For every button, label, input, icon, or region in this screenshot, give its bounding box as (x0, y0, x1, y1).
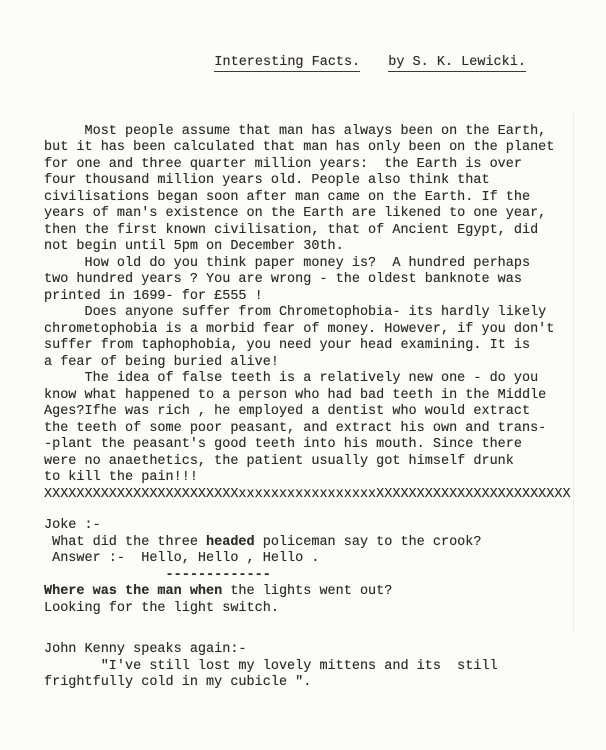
paragraph-earth-age: Most people assume that man has always b… (44, 124, 578, 256)
joke-question-pre: What did the three (44, 535, 206, 550)
document-header: Interesting Facts.by S. K. Lewicki. (182, 38, 578, 88)
joke-answer: Answer :- Hello, Hello , Hello . (44, 551, 578, 568)
x-row-divider: XXXXXXXXXXXXXXXXXXXXXXXXxxxxxxxxxxxxxxxx… (44, 487, 578, 504)
document-body: Most people assume that man has always b… (44, 124, 578, 504)
joke-question-post: policeman say to the crook? (255, 535, 482, 550)
paragraph-false-teeth: The idea of false teeth is a relatively … (44, 371, 578, 487)
riddle-answer: Looking for the light switch. (44, 601, 578, 618)
byline: by S. K. Lewicki. (388, 55, 526, 72)
riddle-question: Where was the man when the lights went o… (44, 584, 578, 601)
joke-section: Joke :- What did the three headed police… (44, 518, 578, 617)
paragraph-phobias: Does anyone suffer from Chrometophobia- … (44, 305, 578, 371)
dashed-separator: ------------- (44, 568, 578, 585)
riddle-question-rest: the lights went out? (222, 584, 392, 599)
joke-heading: Joke :- (44, 518, 578, 535)
scan-artifact-line (573, 110, 574, 630)
riddle-question-bold: Where was the man when (44, 584, 222, 599)
kenny-intro: John Kenny speaks again:- (44, 642, 578, 659)
paragraph-paper-money: How old do you think paper money is? A h… (44, 256, 578, 306)
kenny-quote: "I've still lost my lovely mittens and i… (44, 659, 578, 692)
joke-question-bold: headed (206, 535, 255, 550)
joke-question: What did the three headed policeman say … (44, 535, 578, 552)
document-page: Interesting Facts.by S. K. Lewicki. Most… (0, 0, 606, 750)
page-title: Interesting Facts. (214, 55, 360, 72)
kenny-section: John Kenny speaks again:- "I've still lo… (44, 642, 578, 692)
